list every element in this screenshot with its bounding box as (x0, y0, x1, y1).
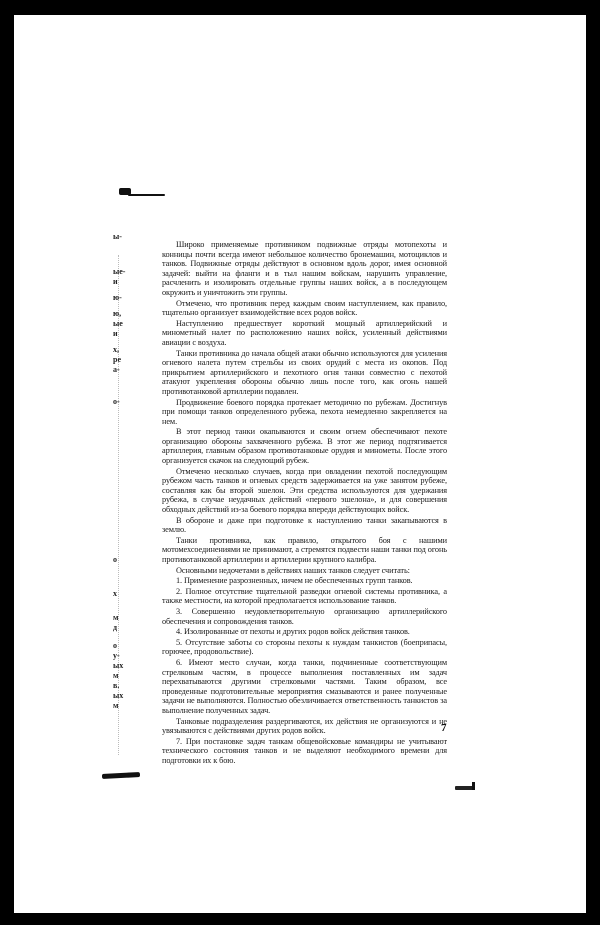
margin-fragment: о- (113, 397, 131, 407)
ink-stamp (455, 786, 475, 790)
list-item: 3. Совершенно неудовлетворительную орган… (162, 607, 447, 626)
margin-fragment: ых (113, 691, 131, 701)
paragraph: Отмечено, что противник перед каждым сво… (162, 299, 447, 318)
margin-fragment: м (113, 701, 131, 711)
margin-fragment: х, (113, 345, 131, 355)
paragraph: Широко применяемые противником подвижные… (162, 240, 447, 298)
margin-fragment: ых (113, 661, 131, 671)
ink-mark-top-line (128, 194, 165, 196)
paragraph: Наступлению предшествует короткий мощный… (162, 319, 447, 348)
paragraph: Продвижение боевого порядка протекает ме… (162, 398, 447, 427)
margin-fragment: а- (113, 365, 131, 375)
margin-fragment: х (113, 589, 131, 599)
paragraph: Танковые подразделения раздергиваются, и… (162, 717, 447, 736)
margin-fragments-top: ы- ые- и ю- ю, ые и х, ре а- о- (113, 232, 131, 407)
list-item: 7. При постановке задач танкам общевойск… (162, 737, 447, 766)
paragraph: Танки противника до начала общей атаки о… (162, 349, 447, 397)
paragraph: Основными недочетами в действиях наших т… (162, 566, 447, 576)
margin-fragment: ре (113, 355, 131, 365)
paragraph: Отмечено несколько случаев, когда при ов… (162, 467, 447, 515)
margin-fragments-bottom: о х м д о у- ых м в. ых м (113, 555, 131, 711)
paragraph: Танки противника, как правило, открытого… (162, 536, 447, 565)
margin-fragment: в. (113, 681, 131, 691)
margin-fragment: м (113, 613, 131, 623)
margin-fragment: у- (113, 651, 131, 661)
list-item: 5. Отсутствие заботы со стороны пехоты к… (162, 638, 447, 657)
margin-fragment: м (113, 671, 131, 681)
margin-fragment: ю- (113, 293, 131, 303)
margin-fragment: д (113, 623, 131, 633)
margin-fragment: ые- (113, 267, 131, 277)
margin-fragment: и (113, 329, 131, 339)
page-number: 7 (441, 722, 447, 734)
paragraph: В обороне и даже при подготовке к наступ… (162, 516, 447, 535)
margin-fragment: о (113, 641, 131, 651)
list-item: 2. Полное отсутствие тщательной разведки… (162, 587, 447, 606)
body-text: Широко применяемые противником подвижные… (162, 240, 447, 766)
margin-fragment: ю, (113, 309, 131, 319)
list-item: 1. Применение разрозненных, ничем не обе… (162, 576, 447, 586)
margin-fragment: о (113, 555, 131, 565)
list-item: 4. Изолированные от пехоты и других родо… (162, 627, 447, 637)
margin-fragment: и (113, 277, 131, 287)
margin-fragment: ы- (113, 232, 131, 242)
list-item: 6. Имеют место случаи, когда танки, подч… (162, 658, 447, 716)
margin-fragment: ые (113, 319, 131, 329)
paragraph: В этот период танки окапываются и своим … (162, 427, 447, 465)
